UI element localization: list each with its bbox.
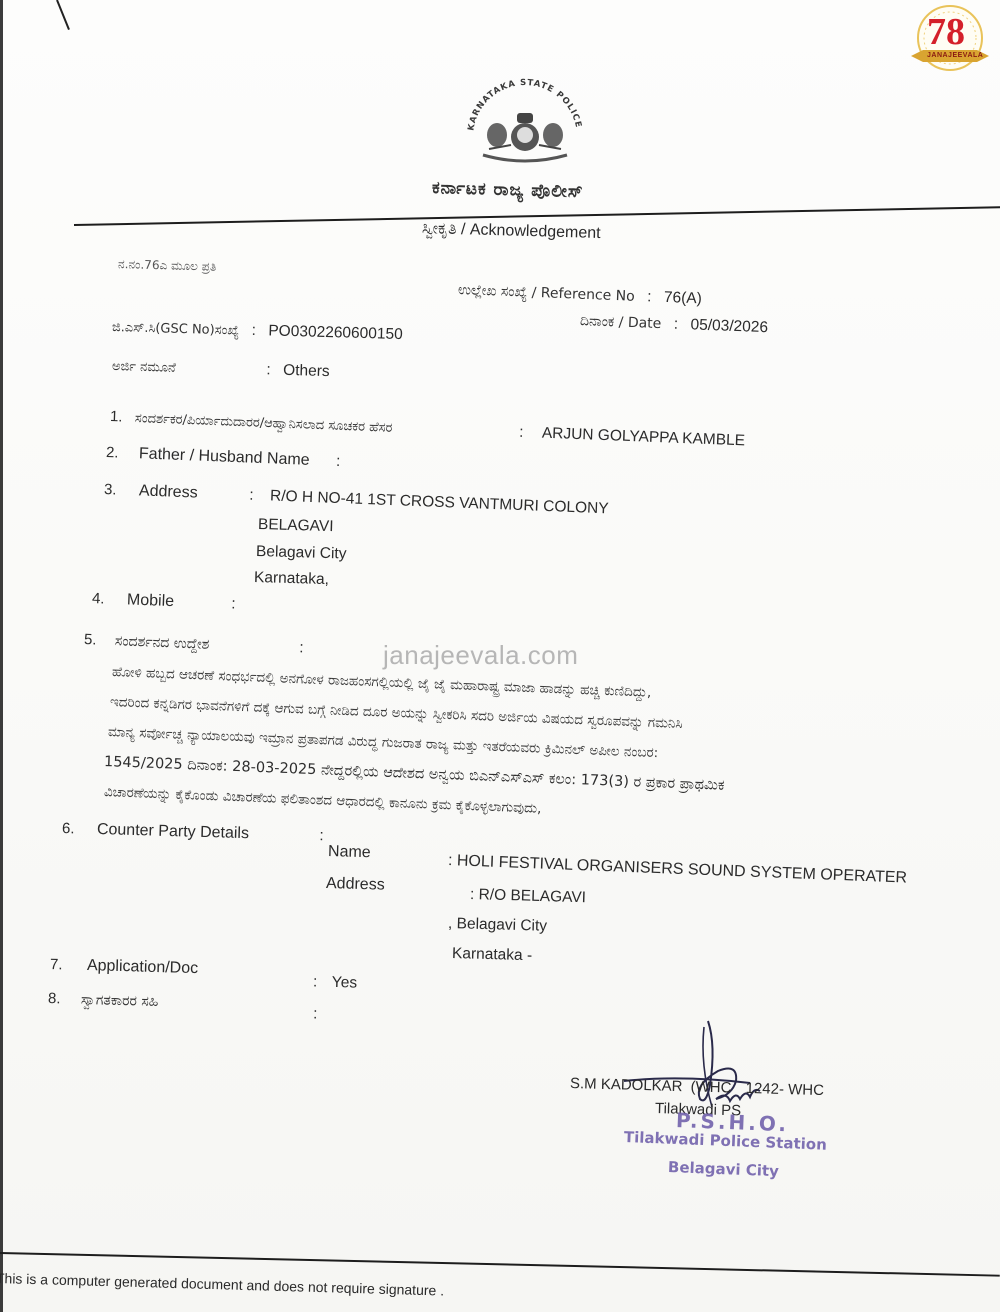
date-label: ದಿನಾಂಕ / Date	[580, 313, 662, 332]
gsc-colon: :	[251, 322, 256, 339]
badge-ribbon-text: JANAJEEVALA	[927, 52, 983, 59]
address-line-2: BELAGAVI	[258, 516, 334, 536]
application-type-label: ಅರ್ಜಿ ನಮೂನೆ	[112, 359, 262, 378]
application-type-value: Others	[283, 362, 330, 380]
item-number: 7.	[50, 956, 63, 973]
date-value: 05/03/2026	[690, 316, 768, 336]
officer-name: S.M KADOLKAR	[570, 1075, 683, 1095]
receiver-signature-colon: :	[313, 1005, 318, 1022]
counter-party-address-label: Address	[326, 875, 385, 895]
father-colon: :	[336, 453, 341, 470]
address-line-3: Belagavi City	[256, 543, 347, 564]
item-number: 1.	[110, 408, 123, 425]
counter-party-address-line-1: : R/O BELAGAVI	[470, 886, 586, 907]
item-number: 2.	[106, 444, 119, 461]
form-reference-kannada: ನ.ನಂ.76ಎ ಮೂಲ ಪ್ರತಿ	[118, 257, 217, 275]
item-number: 5.	[84, 631, 97, 648]
page-edge-shadow	[0, 0, 3, 1312]
counter-party-address-line-3: Karnataka -	[452, 945, 533, 965]
mobile-colon: :	[231, 595, 236, 612]
counter-party-colon: :	[319, 827, 324, 844]
janajeevala-78-badge-logo: 78 JANAJEEVALA	[905, 4, 995, 76]
application-doc-colon: :	[313, 973, 318, 990]
application-type-colon: :	[266, 361, 271, 378]
reference-colon: :	[647, 288, 652, 305]
application-doc-value: Yes	[332, 974, 358, 992]
counter-party-name-label: Name	[328, 843, 371, 862]
item-number: 8.	[48, 990, 61, 1007]
counter-party-address-line-2: , Belagavi City	[448, 915, 548, 936]
date-colon: :	[673, 316, 678, 333]
gsc-value: PO0302260600150	[268, 322, 403, 343]
item-number: 3.	[104, 481, 117, 498]
gsc-label: ಜಿ.ಎಸ್.ಸಿ(GSC No)ಸಂಖ್ಯೆ	[112, 320, 240, 339]
officer-rank-bracket: (WHC	[690, 1078, 731, 1096]
address-line-4: Karnataka,	[254, 569, 329, 589]
mobile-label: Mobile	[127, 591, 228, 613]
org-name-kannada: ಕರ್ನಾಟಕ ರಾಜ್ಯ ಪೊಲೀಸ್	[432, 178, 584, 202]
karnataka-police-emblem-icon: KARNATAKA STATE POLICE	[455, 75, 595, 175]
reference-value: 76(A)	[664, 289, 703, 307]
watermark: janajeevala.com	[383, 640, 578, 671]
officer-id: 1242- WHC	[745, 1080, 824, 1099]
badge-number: 78	[927, 10, 965, 54]
complainant-colon: :	[519, 424, 524, 441]
address-colon: :	[249, 487, 254, 504]
item-number: 6.	[62, 820, 75, 837]
item-number: 4.	[92, 590, 105, 607]
purpose-colon: :	[299, 639, 304, 656]
